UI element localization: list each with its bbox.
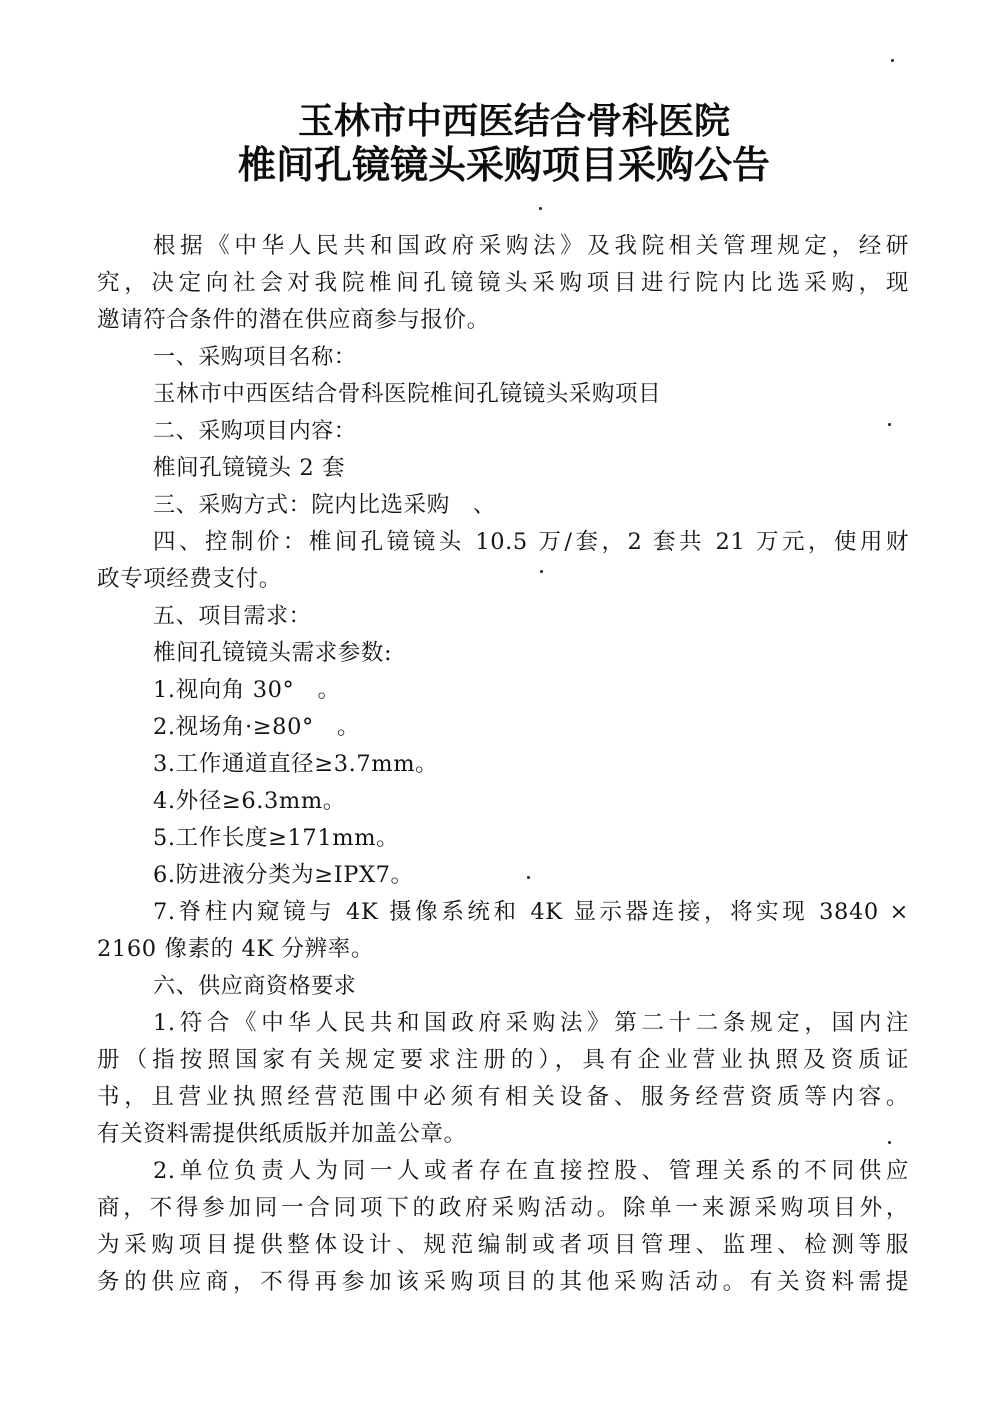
section-3-content: 院内比选采购 、: [311, 492, 496, 518]
requirement-param: 2.视场角·≥80° 。: [97, 709, 909, 746]
scan-speck: [539, 207, 542, 210]
section-5-subheading: 椎间孔镜镜头需求参数:: [97, 635, 909, 672]
intro-line: 根据《中华人民共和国政府采购法》及我院相关管理规定，经研: [97, 228, 909, 265]
section-2-heading: 二、采购项目内容：: [97, 413, 909, 450]
qualification-2-line: 为采购项目提供整体设计、规范编制或者项目管理、监理、检测等服: [97, 1227, 909, 1264]
requirement-param: 6.防进液分类为≥IPX7。: [97, 857, 909, 894]
document-title-hospital: 玉林市中西医结合骨科医院: [14, 100, 1000, 144]
qualification-2-line: 商，不得参加同一合同项下的政府采购活动。除单一来源采购项目外，: [97, 1190, 909, 1227]
document-body: 根据《中华人民共和国政府采购法》及我院相关管理规定，经研 究，决定向社会对我院椎…: [97, 228, 909, 1301]
scan-speck: [540, 570, 543, 573]
requirement-param: 1.视向角 30° 。: [97, 672, 909, 709]
section-5-heading: 五、项目需求：: [97, 598, 909, 635]
section-4-content-line-1: 椎间孔镜镜头 10.5 万/套，2 套共 21 万元，使用财: [309, 529, 909, 555]
intro-line: 邀请符合条件的潜在供应商参与报价。: [97, 302, 909, 339]
scanned-document-page: 玉林市中西医结合骨科医院 椎间孔镜镜头采购项目采购公告 根据《中华人民共和国政府…: [0, 0, 1000, 1426]
section-2-content: 椎间孔镜镜头 2 套: [97, 450, 909, 487]
section-3-heading: 三、采购方式：: [153, 493, 311, 518]
qualification-1-line: 册（指按照国家有关规定要求注册的），具有企业营业执照及资质证: [97, 1042, 909, 1079]
qualification-2-line: 2.单位负责人为同一人或者存在直接控股、管理关系的不同供应: [97, 1153, 909, 1190]
requirement-param-7-line-2: 2160 像素的 4K 分辨率。: [97, 931, 909, 968]
section-3: 三、采购方式：院内比选采购 、: [97, 487, 909, 524]
requirement-param: 3.工作通道直径≥3.7mm。: [97, 746, 909, 783]
scan-speck: [527, 876, 530, 879]
section-4-heading: 四、控制价：: [153, 529, 309, 555]
scan-speck: [891, 59, 894, 62]
requirement-param: 4.外径≥6.3mm。: [97, 783, 909, 820]
qualification-1-line: 书，且营业执照经营范围中必须有相关设备、服务经营资质等内容。: [97, 1079, 909, 1116]
qualification-1-line: 有关资料需提供纸质版并加盖公章。: [97, 1116, 909, 1153]
requirement-param: 5.工作长度≥171mm。: [97, 820, 909, 857]
section-4-content-line-2: 政专项经费支付。: [97, 561, 909, 598]
document-title-announcement: 椎间孔镜镜头采购项目采购公告: [4, 142, 1000, 188]
scan-speck: [888, 1141, 891, 1144]
qualification-2-line: 务的供应商，不得再参加该采购项目的其他采购活动。有关资料需提: [97, 1264, 909, 1301]
requirement-param-7-line-1: 7.脊柱内窥镜与 4K 摄像系统和 4K 显示器连接，将实现 3840 ×: [97, 894, 909, 931]
section-6-heading: 六、供应商资格要求: [97, 968, 909, 1005]
section-1-heading: 一、采购项目名称：: [97, 339, 909, 376]
qualification-1-line: 1.符合《中华人民共和国政府采购法》第二十二条规定，国内注: [97, 1005, 909, 1042]
section-1-content: 玉林市中西医结合骨科医院椎间孔镜镜头采购项目: [97, 376, 909, 413]
section-4: 四、控制价：椎间孔镜镜头 10.5 万/套，2 套共 21 万元，使用财: [97, 524, 909, 561]
scan-speck: [888, 423, 891, 426]
intro-line: 究，决定向社会对我院椎间孔镜镜头采购项目进行院内比选采购，现: [97, 265, 909, 302]
